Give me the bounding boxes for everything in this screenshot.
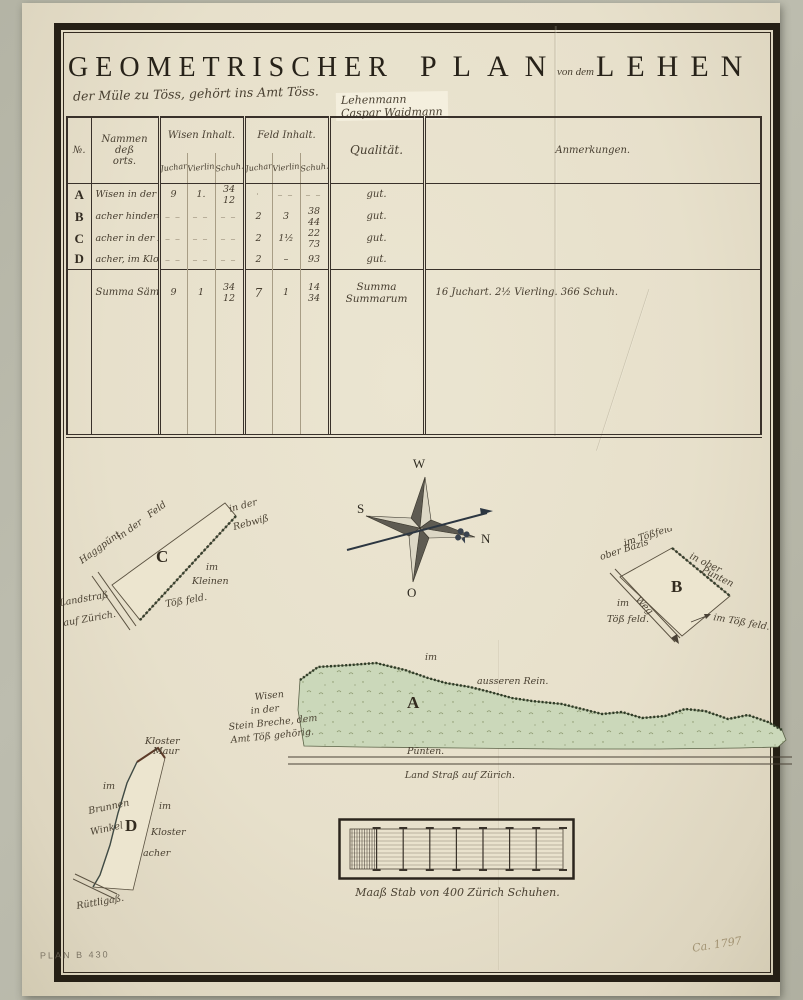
parcel-c: Feld in der Haggpünt in der Rebwiß C im … — [50, 480, 300, 650]
empty-cell — [300, 316, 329, 437]
cell-feld-schuh: 93 — [300, 250, 329, 270]
header-name: Nammen deß orts. — [91, 117, 159, 183]
compass-rose: W S O N — [335, 450, 515, 600]
parcel-a-label-puenten: Pünten. — [406, 746, 444, 757]
title-word-lehen: LEHEN — [596, 50, 754, 84]
compass-label-north: N — [481, 531, 491, 546]
cell-wisen-schuh: – – — [215, 206, 244, 228]
cell-qualitaet: gut. — [329, 206, 424, 228]
header-wisen-vierling: Vierling. — [186, 152, 217, 185]
cell-wisen-schuh: 34 12 — [215, 183, 244, 206]
cell-feld-schuh: – – — [300, 183, 329, 206]
archive-stamp: PLAN B 430 — [40, 949, 110, 960]
parcel-c-label-road-1: Landstraß — [58, 590, 110, 610]
table-row-a: A Wisen in der Steinbreche 9 1. 34 12 · … — [67, 183, 761, 206]
empty-cell — [91, 316, 159, 437]
parcel-c-letter: C — [156, 547, 168, 566]
cell-qualitaet: gut. — [329, 228, 424, 250]
parcel-c-label-toessfeld: Töß feld. — [165, 592, 208, 610]
table-header-row-groups: №. Nammen deß orts. Wisen Inhalt. Feld I… — [67, 117, 761, 153]
empty-cell — [329, 316, 424, 437]
cell-wisen-vierling: 1. — [187, 183, 215, 206]
cell-feld-juchart: · — [244, 183, 272, 206]
parcel-b: im Tößfeld ober Bäzis in ober Pünten B i… — [595, 528, 800, 663]
parcel-b-letter: B — [671, 577, 682, 596]
parcel-a-label-road: Land Straß auf Zürich. — [404, 770, 515, 781]
cell-anmerkungen — [424, 250, 761, 270]
cell-feld-vierling: 1½ — [272, 228, 300, 250]
row-letter: A — [67, 183, 91, 206]
parcel-a-label-t2: ausseren Rein. — [477, 676, 548, 687]
parcel-d-label-r3: acher — [143, 848, 172, 859]
summary-total: 16 Juchart. 2½ Vierling. 366 Schuh. — [424, 270, 761, 316]
row-name: Wisen in der Steinbreche — [91, 183, 159, 206]
parcel-b-label-br: im Töß feld. — [712, 612, 770, 633]
summary-wisen-schuh: 34 12 — [215, 270, 244, 316]
row-letter: D — [67, 250, 91, 270]
row-name: acher in der Haggpünt — [91, 228, 159, 250]
parcel-d-label-l1: im — [103, 781, 115, 792]
cell-wisen-vierling: – – — [187, 228, 215, 250]
parcel-d-letter: D — [125, 816, 137, 835]
parcel-b-label-bl1: im — [617, 598, 629, 609]
cell-anmerkungen — [424, 183, 761, 206]
cell-wisen-schuh: – – — [215, 228, 244, 250]
cell-feld-vierling: – — [272, 250, 300, 270]
header-wisen-schuh: Schuh. — [214, 152, 246, 185]
cell-feld-vierling: – – — [272, 183, 300, 206]
parcel-c-label-feld: Feld — [144, 499, 168, 521]
parcel-a-label-l2: in der — [250, 703, 281, 717]
header-feld-vierling: Vierling. — [271, 152, 302, 185]
table-row-d: D acher, im Klosteracher – – – – – – 2 –… — [67, 250, 761, 270]
summary-wisen-vierling: 1 — [187, 270, 215, 316]
parcel-c-label-road-2: auf Zürich. — [63, 609, 117, 629]
empty-cell — [159, 316, 187, 437]
empty-cell — [272, 316, 300, 437]
page-title: GEOMETRISCHER PLAN von dem LEHEN — [68, 38, 758, 84]
table-row-b: B acher hindere Pünten – – – – – – 2 3 3… — [67, 206, 761, 228]
scale-bar — [338, 818, 575, 880]
empty-cell — [67, 316, 91, 437]
scale-bar-caption: Maaß Stab von 400 Zürich Schuhen. — [345, 886, 570, 899]
header-name-line1: Nammen deß — [92, 134, 158, 156]
header-group-feld: Feld Inhalt. — [244, 117, 329, 153]
header-name-line2: orts. — [92, 156, 158, 167]
cell-feld-juchart: 2 — [244, 228, 272, 250]
parcel-d-label-t2: Maur — [152, 746, 181, 757]
parcel-d: Kloster Maur im Brunnen Winkel D im Klos… — [73, 733, 198, 913]
table-row-c: C acher in der Haggpünt – – – – – – 2 1½… — [67, 228, 761, 250]
header-qualitaet: Qualität. — [329, 117, 424, 183]
summary-feld-schuh: 14 34 — [300, 270, 329, 316]
header-group-wisen: Wisen Inhalt. — [159, 117, 244, 153]
empty-cell — [187, 316, 215, 437]
summary-wisen-juchart: 9 — [159, 270, 187, 316]
cell-feld-juchart: 2 — [244, 206, 272, 228]
title-connector: von dem — [557, 66, 594, 78]
cell-wisen-juchart: – – — [159, 206, 187, 228]
cell-feld-vierling: 3 — [272, 206, 300, 228]
cell-feld-juchart: 2 — [244, 250, 272, 270]
land-register-table: №. Nammen deß orts. Wisen Inhalt. Feld I… — [66, 116, 762, 438]
summary-summa-summarum: Summa Summarum — [329, 270, 424, 316]
cell-qualitaet: gut. — [329, 250, 424, 270]
title-word-plan: PLAN — [420, 50, 562, 84]
title-word-geometrischer: GEOMETRISCHER — [68, 52, 394, 84]
cell-qualitaet: gut. — [329, 183, 424, 206]
empty-cell — [424, 316, 761, 437]
header-feld-schuh: Schuh. — [299, 152, 331, 185]
cell-anmerkungen — [424, 206, 761, 228]
summary-name: Summa Sämtlicher güter — [91, 270, 159, 316]
edge-arrow-head — [704, 614, 711, 619]
compass-label-east: O — [407, 585, 416, 600]
road-landstrasse-zuerich — [288, 757, 792, 764]
scanned-plan: GEOMETRISCHER PLAN von dem LEHEN der Mül… — [0, 0, 803, 1000]
row-name: acher hindere Pünten — [91, 206, 159, 228]
header-anmerkungen: Anmerkungen. — [424, 117, 761, 183]
row-letter: C — [67, 228, 91, 250]
cell-wisen-juchart: 9 — [159, 183, 187, 206]
parcel-a-label-t1: im — [425, 652, 437, 663]
cell-feld-schuh: 22 73 — [300, 228, 329, 250]
parcel-d-label-r1: im — [159, 801, 171, 812]
summary-feld-juchart: 7 — [244, 270, 272, 316]
parcel-a: Wisen in der Stein Breche, dem Amt Töß g… — [225, 648, 800, 788]
parcel-a-label-l1: Wisen — [254, 689, 284, 703]
cell-wisen-vierling: – – — [187, 250, 215, 270]
compass-label-south: S — [357, 501, 364, 516]
table-filler-row — [67, 316, 761, 437]
summary-blank — [67, 270, 91, 316]
header-wisen-juchart: Juchart. — [158, 152, 189, 185]
parcel-d-label-r2: Kloster — [150, 827, 187, 838]
cell-wisen-juchart: – – — [159, 228, 187, 250]
parcel-b-label-bl2: Töß feld. — [607, 614, 649, 625]
header-no: №. — [67, 117, 91, 183]
compass-label-west: W — [413, 456, 426, 471]
row-letter: B — [67, 206, 91, 228]
summary-feld-vierling: 1 — [272, 270, 300, 316]
table-summary-row: Summa Sämtlicher güter 9 1 34 12 7 1 14 … — [67, 270, 761, 316]
parcel-c-label-kleinen: Kleinen — [191, 576, 229, 587]
header-feld-juchart: Juchart. — [243, 152, 274, 185]
cell-anmerkungen — [424, 228, 761, 250]
parcel-d-label-bottom: Rüttligaß. — [75, 893, 125, 912]
parcel-a-letter: A — [407, 693, 420, 712]
empty-cell — [215, 316, 244, 437]
row-name: acher, im Klosteracher — [91, 250, 159, 270]
cell-wisen-juchart: – – — [159, 250, 187, 270]
parcel-c-label-rebwiss-1: in der — [228, 497, 260, 515]
cell-wisen-schuh: – – — [215, 250, 244, 270]
parcel-c-label-im: im — [206, 562, 218, 573]
cell-wisen-vierling: – – — [187, 206, 215, 228]
parcel-c-label-haggpuent: Haggpünt — [76, 529, 122, 567]
empty-cell — [244, 316, 272, 437]
cell-feld-schuh: 38 44 — [300, 206, 329, 228]
parcel-c-label-rebwiss-2: Rebwiß — [231, 513, 270, 533]
